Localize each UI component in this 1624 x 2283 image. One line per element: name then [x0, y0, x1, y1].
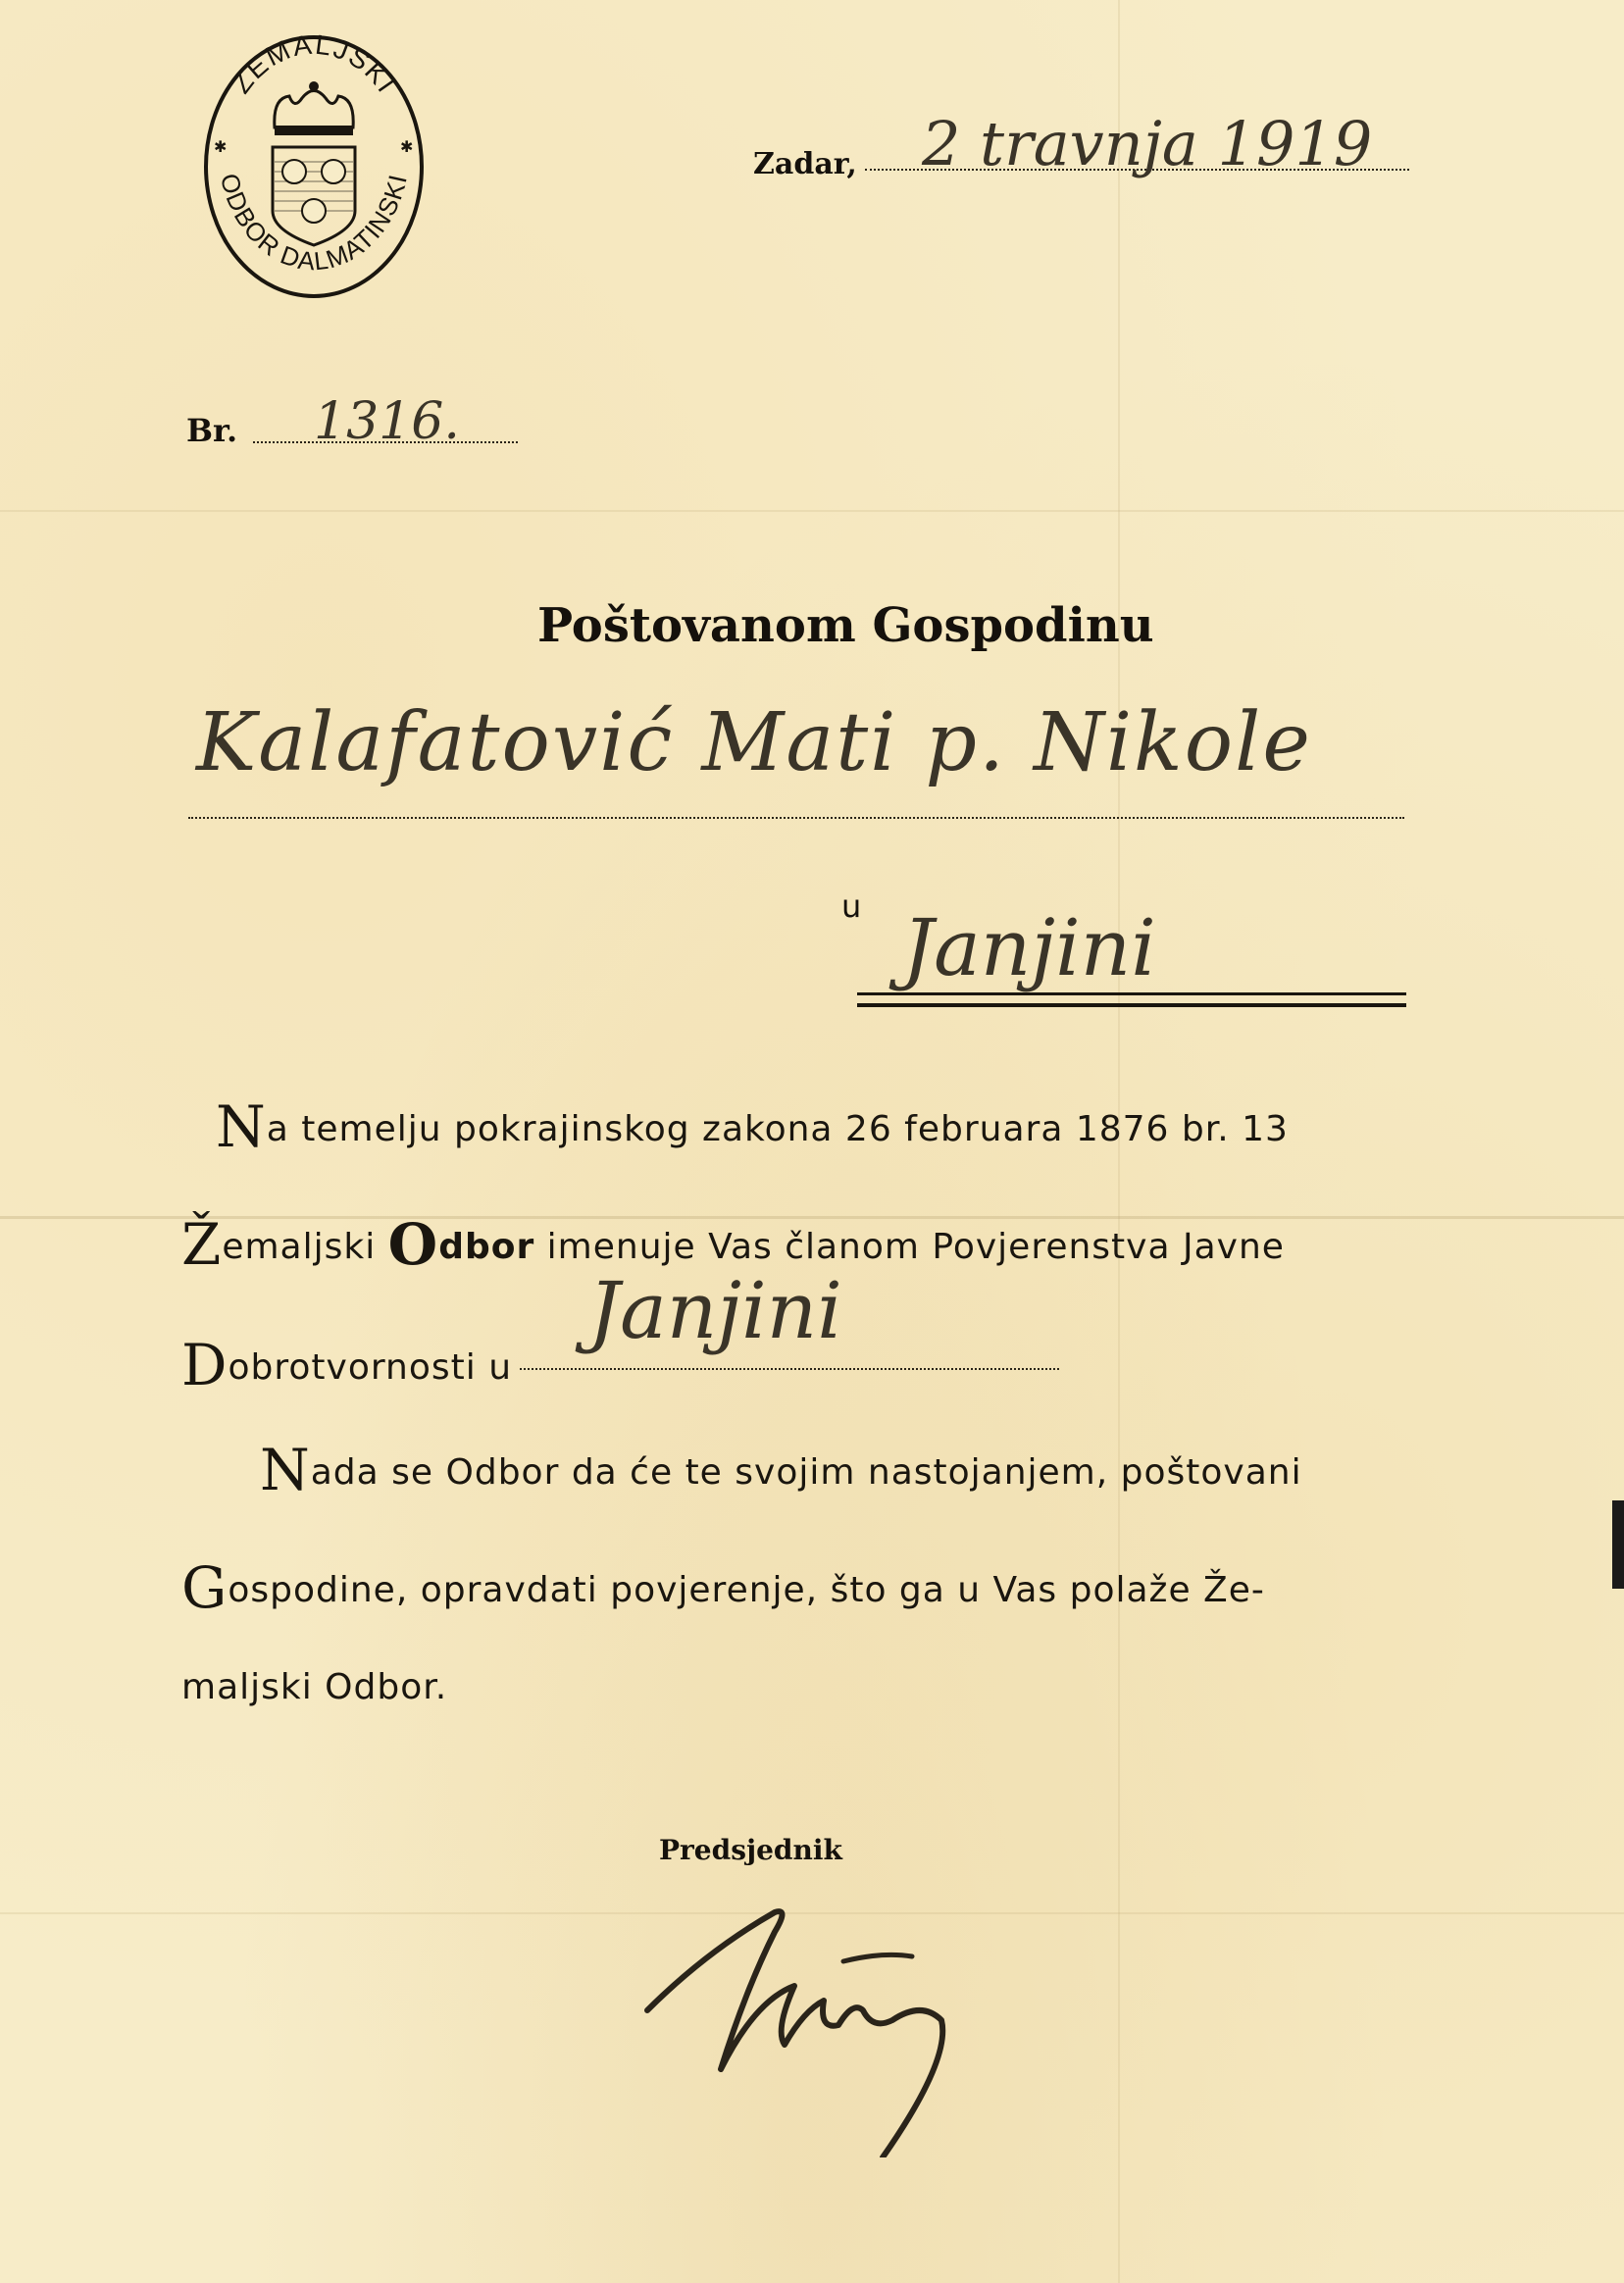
place-field-line	[520, 1368, 1059, 1370]
paper-fold-horizontal	[0, 510, 1624, 512]
signature	[628, 1873, 981, 2157]
body-line-text: emaljski	[222, 1227, 376, 1267]
coat-of-arms-icon: ZEMALJSKI ODBOR DALMATINSKI ✱ ✱	[196, 29, 431, 304]
in-label: u	[841, 888, 861, 925]
body-line: Nada se Odbor da će te svojim nastojanje…	[260, 1442, 1302, 1498]
body-line-text: obrotvornosti u	[228, 1347, 513, 1388]
name-field-line	[188, 817, 1404, 819]
body-line: Dobrotvornosti u	[181, 1337, 512, 1394]
salutation-heading: Poštovanom Gospodinu	[537, 598, 1154, 653]
drop-cap: N	[216, 1093, 267, 1160]
drop-cap: D	[181, 1332, 228, 1398]
drop-cap: Ž	[181, 1211, 222, 1278]
svg-text:✱: ✱	[214, 137, 227, 156]
signature-scrawl-icon	[628, 1873, 981, 2157]
body-line-text: imenuje Vas članom Povjerenstva Javne	[534, 1227, 1285, 1267]
body-line: Gospodine, opravdati povjerenje, što ga …	[181, 1559, 1265, 1616]
body-line-text: dbor	[438, 1227, 534, 1267]
addressee-name-handwritten: Kalafatović Mati p. Nikole	[196, 696, 1312, 789]
place-double-rule	[857, 992, 1406, 1007]
body-line: Na temelju pokrajinskog zakona 26 februa…	[216, 1098, 1289, 1155]
date-handwritten: 2 travnja 1919	[922, 108, 1372, 179]
committee-place-handwritten: Janjini	[588, 1265, 842, 1356]
official-stamp: ZEMALJSKI ODBOR DALMATINSKI ✱ ✱	[196, 29, 431, 304]
reference-number-handwritten: 1316.	[314, 392, 460, 451]
binder-clip	[1612, 1500, 1624, 1589]
drop-cap: N	[260, 1437, 311, 1503]
body-line-text: ospodine, opravdati povjerenje, što ga u…	[228, 1570, 1265, 1610]
signatory-title: Predsjednik	[659, 1834, 842, 1866]
body-line: maljski Odbor.	[181, 1667, 447, 1707]
drop-cap: O	[388, 1211, 439, 1278]
drop-cap: G	[181, 1554, 228, 1621]
svg-text:✱: ✱	[400, 137, 413, 156]
place-label: Zadar,	[753, 147, 857, 181]
body-line-text: a temelju pokrajinskog zakona 26 februar…	[267, 1109, 1289, 1149]
body-line-text: ada se Odbor da će te svojim nastojanjem…	[311, 1452, 1302, 1493]
addressee-place-handwritten: Janjini	[902, 902, 1156, 993]
number-label: Br.	[186, 412, 237, 449]
